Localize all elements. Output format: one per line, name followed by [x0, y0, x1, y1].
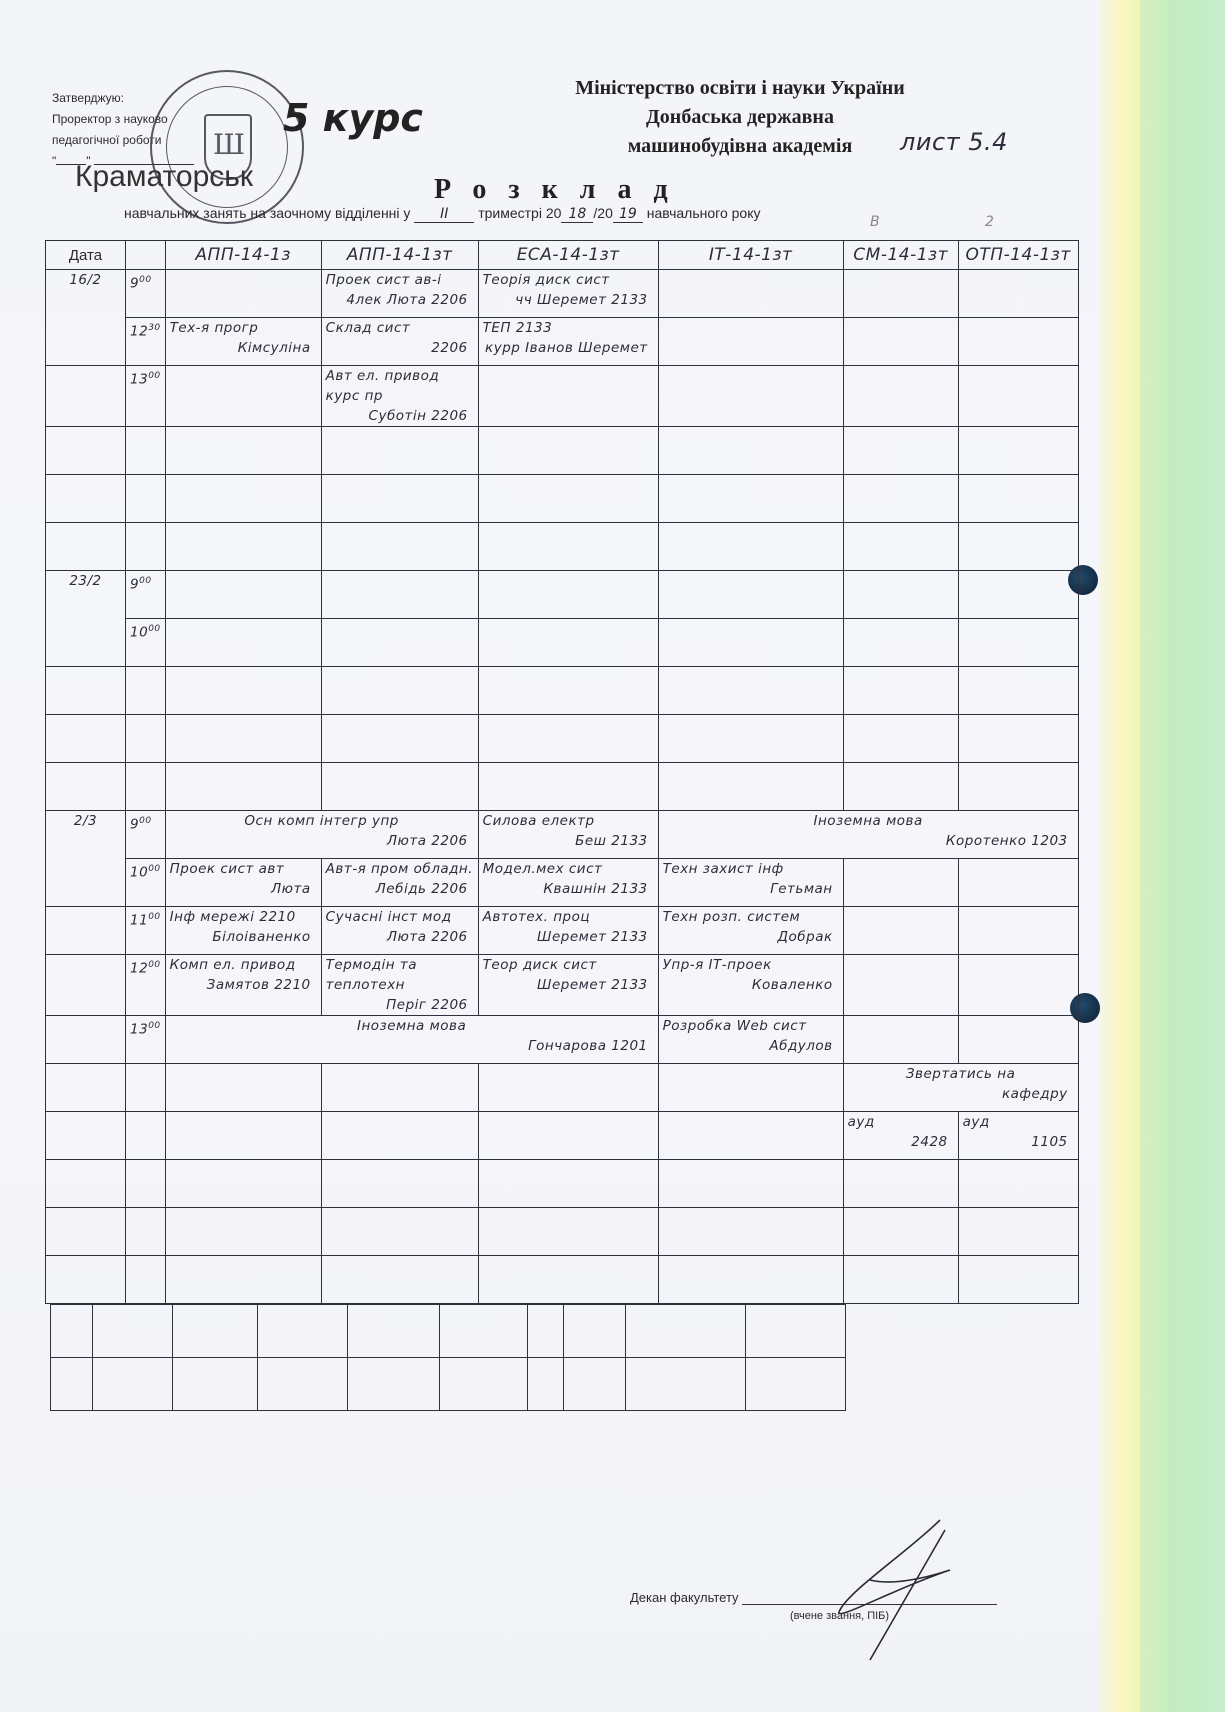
schedule-cell [958, 318, 1078, 366]
table-row: ауд2428ауд1105 [46, 1112, 1079, 1160]
class-subject: Інф мережі 2210 [170, 907, 317, 927]
schedule-cell [165, 1256, 321, 1304]
time-cell: 900 [126, 571, 166, 619]
table-row: 16/2900Проек сист ав-і4лек Люта 2206Теор… [46, 270, 1079, 318]
schedule-cell [658, 1064, 843, 1112]
time-cell [126, 763, 166, 811]
schedule-cell [658, 667, 843, 715]
schedule-cell: ауд1105 [958, 1112, 1078, 1160]
time-cell: 1000 [126, 619, 166, 667]
schedule-cell [843, 427, 958, 475]
table-row [46, 667, 1079, 715]
class-subject: Склад сист [326, 318, 474, 338]
date-cell [46, 763, 126, 811]
schedule-cell [658, 1160, 843, 1208]
class-teacher-room: Гетьман [663, 879, 839, 899]
table-row: 1100Інф мережі 2210БілоіваненкоСучасні і… [46, 907, 1079, 955]
schedule-cell [478, 523, 658, 571]
academy-name-1: Донбаська державна [520, 103, 960, 132]
schedule-cell: Авт-я пром обладн.Лебідь 2206 [321, 859, 478, 907]
time-cell [126, 1208, 166, 1256]
class-subject: Звертатись на [848, 1064, 1074, 1084]
class-subject: Теорія диск сист [483, 270, 654, 290]
schedule-cell [478, 571, 658, 619]
date-cell [46, 1208, 126, 1256]
time-cell [126, 667, 166, 715]
group-header: ОТП-14-1зт [958, 241, 1078, 270]
schedule-cell [165, 1208, 321, 1256]
schedule-cell: Упр-я ІТ-проекКоваленко [658, 955, 843, 1016]
class-subject: Автотех. проц [483, 907, 654, 927]
date-cell [46, 366, 126, 427]
schedule-cell: Автотех. процШеремет 2133 [478, 907, 658, 955]
class-subject: Комп ел. привод [170, 955, 317, 975]
schedule-cell [658, 619, 843, 667]
time-column-header [126, 241, 166, 270]
table-row [51, 1358, 846, 1411]
schedule-cell [658, 366, 843, 427]
trimester-value: II [414, 206, 474, 223]
time-cell [126, 523, 166, 571]
schedule-cell [658, 427, 843, 475]
schedule-cell [843, 907, 958, 955]
date-cell [46, 1016, 126, 1064]
time-cell: 1300 [126, 366, 166, 427]
city-label: Краматорськ [75, 160, 253, 194]
pencil-mark: 2 [985, 214, 994, 230]
table-row [46, 1256, 1079, 1304]
schedule-cell [958, 1208, 1078, 1256]
time-cell: 900 [126, 811, 166, 859]
group-header: ЕСА-14-1зт [478, 241, 658, 270]
schedule-cell: Іноземна моваКоротенко 1203 [658, 811, 1078, 859]
schedule-cell [658, 1208, 843, 1256]
time-cell [126, 1160, 166, 1208]
class-teacher-room: Беш 2133 [483, 831, 654, 851]
schedule-cell [958, 763, 1078, 811]
schedule-cell [165, 366, 321, 427]
class-teacher-room: Періг 2206 [326, 995, 474, 1015]
time-cell: 1230 [126, 318, 166, 366]
schedule-cell [165, 667, 321, 715]
date-cell [46, 523, 126, 571]
schedule-cell [843, 619, 958, 667]
date-cell [46, 1112, 126, 1160]
class-teacher-room: кафедру [848, 1084, 1074, 1104]
schedule-cell [165, 763, 321, 811]
schedule-cell [658, 318, 843, 366]
schedule-cell [843, 366, 958, 427]
class-subject: Тех-я прогр [170, 318, 317, 338]
schedule-cell: Силова електрБеш 2133 [478, 811, 658, 859]
schedule-cell [843, 475, 958, 523]
schedule-cell [321, 571, 478, 619]
schedule-cell [958, 907, 1078, 955]
schedule-cell [958, 270, 1078, 318]
date-cell [46, 667, 126, 715]
schedule-cell [478, 763, 658, 811]
time-cell: 1200 [126, 955, 166, 1016]
schedule-cell [843, 859, 958, 907]
table-row [46, 763, 1079, 811]
class-subject: Авт-я пром обладн. [326, 859, 474, 879]
schedule-cell: Іноземна моваГончарова 1201 [165, 1016, 658, 1064]
class-teacher-room: Гончарова 1201 [170, 1036, 654, 1056]
schedule-cell: Склад сист2206 [321, 318, 478, 366]
class-teacher-room: 1105 [963, 1132, 1074, 1152]
schedule-cell [478, 667, 658, 715]
schedule-cell: Тех-я прогрКімсуліна [165, 318, 321, 366]
schedule-cell [478, 1112, 658, 1160]
signature-icon [830, 1510, 970, 1670]
class-teacher-room: курр Іванов Шеремет [483, 338, 654, 358]
schedule-cell [843, 270, 958, 318]
ministry-name: Міністерство освіти і науки України [520, 74, 960, 103]
schedule-table: Дата АПП-14-1з АПП-14-1зт ЕСА-14-1зт ІТ-… [45, 240, 1079, 1304]
schedule-cell [843, 1208, 958, 1256]
date-cell: 23/2 [46, 571, 126, 667]
time-cell [126, 1256, 166, 1304]
schedule-cell [321, 619, 478, 667]
time-cell: 1000 [126, 859, 166, 907]
schedule-cell [658, 1256, 843, 1304]
schedule-cell [843, 1256, 958, 1304]
schedule-cell [658, 715, 843, 763]
schedule-cell [958, 1256, 1078, 1304]
class-subject: ТЕП 2133 [483, 318, 654, 338]
class-teacher-room: Квашнін 2133 [483, 879, 654, 899]
class-subject: Упр-я ІТ-проек [663, 955, 839, 975]
schedule-cell: Модел.мех систКвашнін 2133 [478, 859, 658, 907]
class-subject: Техн захист інф [663, 859, 839, 879]
date-cell: 16/2 [46, 270, 126, 366]
time-cell [126, 715, 166, 763]
class-subject: Силова електр [483, 811, 654, 831]
schedule-cell [321, 1208, 478, 1256]
date-cell: 2/3 [46, 811, 126, 907]
schedule-cell [843, 763, 958, 811]
page-edge-green [1140, 0, 1225, 1712]
schedule-cell [658, 571, 843, 619]
schedule-cell [958, 619, 1078, 667]
group-header: СМ-14-1зт [843, 241, 958, 270]
schedule-cell [321, 427, 478, 475]
schedule-cell [958, 571, 1078, 619]
schedule-cell [165, 270, 321, 318]
date-cell [46, 475, 126, 523]
time-cell [126, 1112, 166, 1160]
table-row: 23/2900 [46, 571, 1079, 619]
schedule-cell [843, 318, 958, 366]
schedule-cell [658, 1112, 843, 1160]
class-subject: Авт ел. привод курс пр [326, 366, 474, 406]
class-teacher-room: Люта 2206 [170, 831, 474, 851]
schedule-cell [478, 1208, 658, 1256]
time-cell [126, 1064, 166, 1112]
table-row: Звертатись накафедру [46, 1064, 1079, 1112]
schedule-cell: Техн захист інфГетьман [658, 859, 843, 907]
schedule-cell [478, 715, 658, 763]
class-subject: ауд [963, 1112, 1074, 1132]
schedule-cell [843, 571, 958, 619]
schedule-cell [165, 475, 321, 523]
schedule-cell [478, 1064, 658, 1112]
class-teacher-room: Добрак [663, 927, 839, 947]
class-subject: Теор диск сист [483, 955, 654, 975]
schedule-cell [843, 1160, 958, 1208]
date-cell [46, 907, 126, 955]
schedule-cell [958, 667, 1078, 715]
group-header: ІТ-14-1зт [658, 241, 843, 270]
schedule-cell [843, 523, 958, 571]
schedule-cell: Проек сист автЛюта [165, 859, 321, 907]
table-row: 2/3900Осн комп інтегр упрЛюта 2206Силова… [46, 811, 1079, 859]
class-teacher-room: Коваленко [663, 975, 839, 995]
schedule-cell [321, 763, 478, 811]
schedule-cell [321, 1160, 478, 1208]
class-teacher-room: Суботін 2206 [326, 406, 474, 426]
schedule-cell [165, 427, 321, 475]
schedule-cell [958, 366, 1078, 427]
schedule-cell: Теорія диск систчч Шеремет 2133 [478, 270, 658, 318]
table-header-row: Дата АПП-14-1з АПП-14-1зт ЕСА-14-1зт ІТ-… [46, 241, 1079, 270]
class-teacher-room: Лебідь 2206 [326, 879, 474, 899]
date-cell [46, 715, 126, 763]
schedule-cell: Термодін та теплотехнПеріг 2206 [321, 955, 478, 1016]
class-teacher-room: 4лек Люта 2206 [326, 290, 474, 310]
schedule-cell [658, 475, 843, 523]
class-teacher-room: 2428 [848, 1132, 954, 1152]
sheet-number: лист 5.4 [900, 128, 1008, 156]
class-teacher-room: Шеремет 2133 [483, 927, 654, 947]
schedule-cell [321, 667, 478, 715]
group-header: АПП-14-1зт [321, 241, 478, 270]
table-row [46, 715, 1079, 763]
class-subject: Іноземна мова [170, 1016, 654, 1036]
time-cell: 1300 [126, 1016, 166, 1064]
schedule-cell [321, 1064, 478, 1112]
class-teacher-room: Коротенко 1203 [663, 831, 1074, 851]
schedule-cell [478, 1256, 658, 1304]
date-cell [46, 1160, 126, 1208]
table-row [46, 475, 1079, 523]
schedule-cell [958, 523, 1078, 571]
schedule-cell [165, 1160, 321, 1208]
schedule-cell [843, 667, 958, 715]
class-teacher-room: Люта 2206 [326, 927, 474, 947]
schedule-cell [478, 427, 658, 475]
table-row: 1230Тех-я прогрКімсулінаСклад сист2206ТЕ… [46, 318, 1079, 366]
class-subject: Іноземна мова [663, 811, 1074, 831]
class-subject: Сучасні інст мод [326, 907, 474, 927]
table-row [46, 1208, 1079, 1256]
date-cell [46, 1256, 126, 1304]
table-row: 1300Авт ел. привод курс прСуботін 2206 [46, 366, 1079, 427]
schedule-cell: Розробка Web систАбдулов [658, 1016, 843, 1064]
official-stamp: МІНІСТЕРСТВО ОСВІТИ І НАУКИ УКРАЇНИ · ДО… [150, 70, 304, 224]
schedule-cell [658, 763, 843, 811]
schedule-cell [478, 1160, 658, 1208]
schedule-cell [321, 715, 478, 763]
schedule-cell [843, 955, 958, 1016]
schedule-cell [958, 1160, 1078, 1208]
institution-header: Міністерство освіти і науки України Донб… [520, 74, 960, 161]
class-teacher-room: Люта [170, 879, 317, 899]
schedule-cell [165, 523, 321, 571]
academy-name-2: машинобудівна академія [520, 132, 960, 161]
table-row: 1000Проек сист автЛютаАвт-я пром обладн.… [46, 859, 1079, 907]
time-cell: 1100 [126, 907, 166, 955]
pencil-mark: В [870, 214, 880, 230]
schedule-cell [478, 475, 658, 523]
schedule-cell: Звертатись накафедру [843, 1064, 1078, 1112]
schedule-cell [478, 366, 658, 427]
year-from: 18 [561, 206, 593, 223]
schedule-cell [321, 1256, 478, 1304]
schedule-cell [658, 270, 843, 318]
date-column-header: Дата [46, 241, 126, 270]
class-teacher-room: чч Шеремет 2133 [483, 290, 654, 310]
schedule-cell [165, 1064, 321, 1112]
class-subject: Осн комп інтегр упр [170, 811, 474, 831]
table-row: 1200Комп ел. приводЗамятов 2210Термодін … [46, 955, 1079, 1016]
class-teacher-room: Абдулов [663, 1036, 839, 1056]
class-subject: Проек сист авт [170, 859, 317, 879]
time-cell: 900 [126, 270, 166, 318]
schedule-cell: Сучасні інст модЛюта 2206 [321, 907, 478, 955]
schedule-cell [958, 859, 1078, 907]
schedule-cell [843, 1016, 958, 1064]
schedule-cell: Інф мережі 2210Білоіваненко [165, 907, 321, 955]
schedule-cell: ТЕП 2133курр Іванов Шеремет [478, 318, 658, 366]
schedule-cell [165, 619, 321, 667]
date-cell [46, 427, 126, 475]
page-edge-yellow [1100, 0, 1140, 1712]
schedule-cell: Техн розп. системДобрак [658, 907, 843, 955]
schedule-cell [958, 1016, 1078, 1064]
schedule-cell [958, 475, 1078, 523]
schedule-cell [321, 475, 478, 523]
table-row [46, 427, 1079, 475]
class-teacher-room: Шеремет 2133 [483, 975, 654, 995]
class-subject: Розробка Web сист [663, 1016, 839, 1036]
table-row [51, 1305, 846, 1358]
time-cell [126, 475, 166, 523]
table-row: 1000 [46, 619, 1079, 667]
schedule-cell [958, 715, 1078, 763]
schedule-cell: Осн комп інтегр упрЛюта 2206 [165, 811, 478, 859]
schedule-cell [478, 619, 658, 667]
schedule-cell: Проек сист ав-і4лек Люта 2206 [321, 270, 478, 318]
schedule-cell [165, 715, 321, 763]
class-teacher-room: Кімсуліна [170, 338, 317, 358]
schedule-cell: ауд2428 [843, 1112, 958, 1160]
document-title: Розклад [434, 174, 690, 206]
date-cell [46, 1064, 126, 1112]
class-teacher-room: Замятов 2210 [170, 975, 317, 995]
schedule-cell [843, 715, 958, 763]
schedule-cell [321, 1112, 478, 1160]
class-subject: Модел.мех сист [483, 859, 654, 879]
schedule-cell [658, 523, 843, 571]
class-teacher-room: Білоіваненко [170, 927, 317, 947]
schedule-cell: Авт ел. привод курс прСуботін 2206 [321, 366, 478, 427]
class-subject: Проек сист ав-і [326, 270, 474, 290]
schedule-cell [958, 427, 1078, 475]
table-row [46, 1160, 1079, 1208]
class-subject: Техн розп. систем [663, 907, 839, 927]
course-label: 5 курс [283, 96, 423, 140]
class-teacher-room: 2206 [326, 338, 474, 358]
group-header: АПП-14-1з [165, 241, 321, 270]
schedule-cell: Теор диск систШеремет 2133 [478, 955, 658, 1016]
document-subtitle: навчальних занять на заочному відділенні… [124, 205, 760, 223]
table-row: 1300Іноземна моваГончарова 1201Розробка … [46, 1016, 1079, 1064]
class-subject: Термодін та теплотехн [326, 955, 474, 995]
schedule-cell [321, 523, 478, 571]
bottom-empty-grid [50, 1304, 846, 1411]
schedule-cell [958, 955, 1078, 1016]
time-cell [126, 427, 166, 475]
schedule-cell: Комп ел. приводЗамятов 2210 [165, 955, 321, 1016]
class-subject: ауд [848, 1112, 954, 1132]
schedule-cell [165, 1112, 321, 1160]
date-cell [46, 955, 126, 1016]
table-row [46, 523, 1079, 571]
schedule-cell [165, 571, 321, 619]
year-to: 19 [613, 206, 643, 223]
